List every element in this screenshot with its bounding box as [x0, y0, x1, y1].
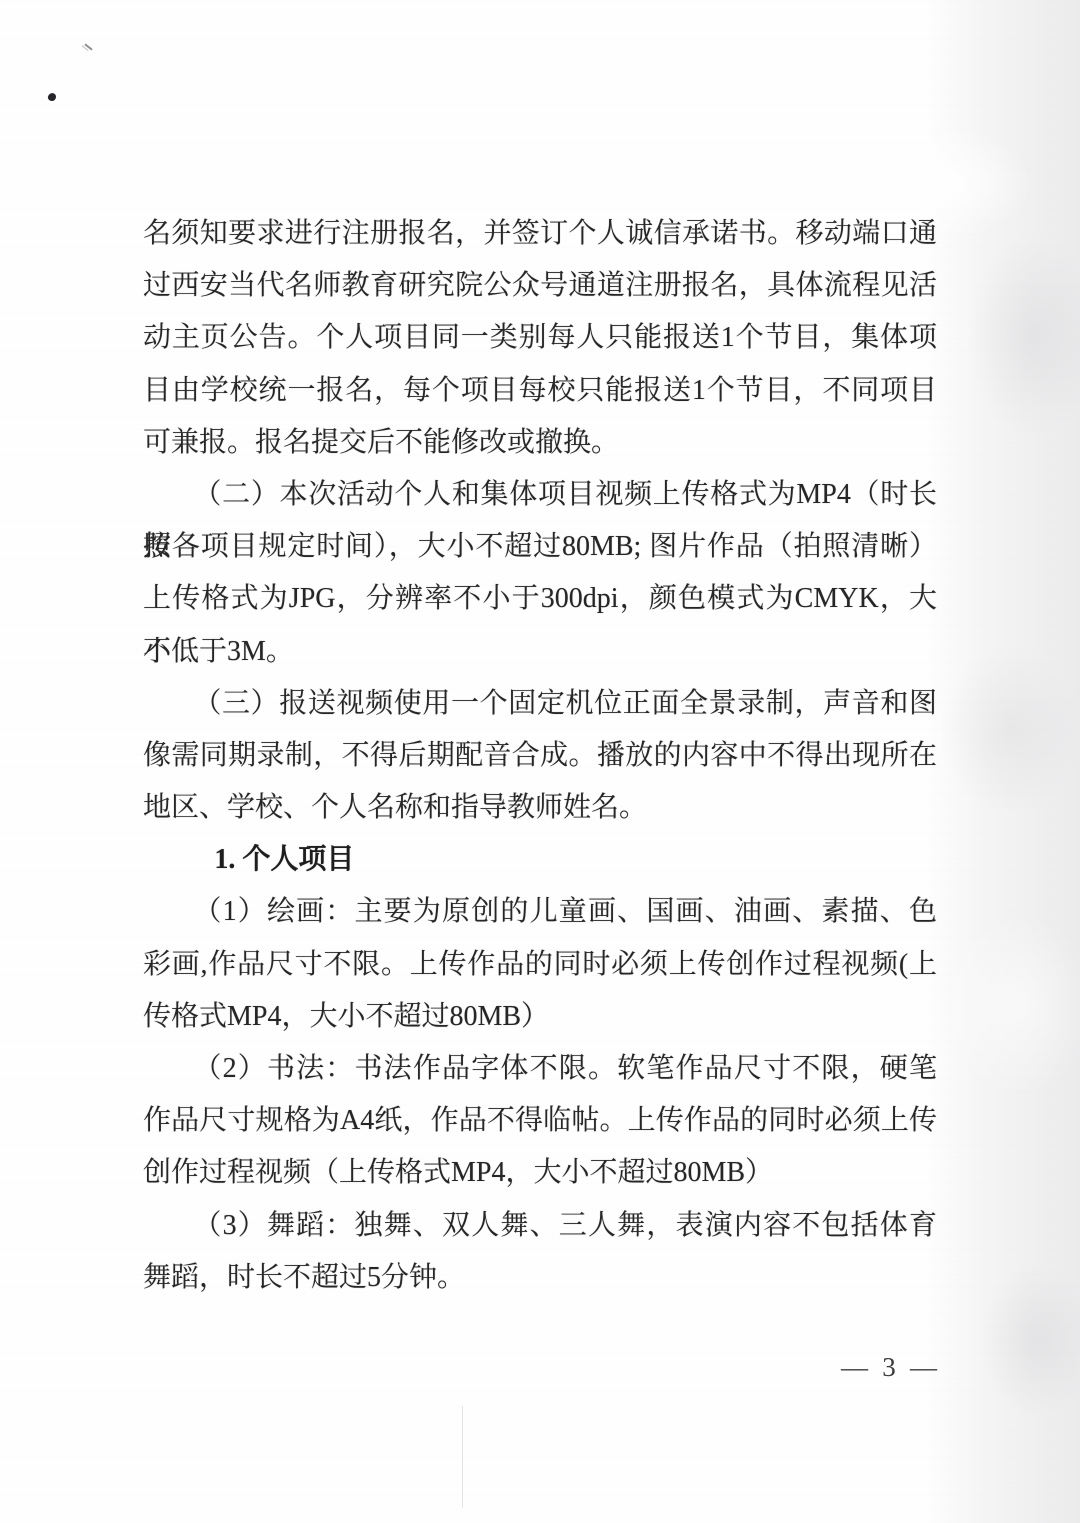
paragraph-painting: （1）绘画：主要为原创的儿童画、国画、油画、素描、色 彩画,作品尺寸不限。上传作… [143, 886, 937, 1043]
paragraph-upload-format: （二）本次活动个人和集体项目视频上传格式为MP4（时长按 照各项目规定时间），大… [143, 469, 937, 678]
text-line: （3）舞蹈：独舞、双人舞、三人舞，表演内容不包括体育 [143, 1200, 937, 1252]
paragraph-registration: 名须知要求进行注册报名，并签订个人诚信承诺书。移动端口通 过西安当代名师教育研究… [143, 208, 937, 469]
text-line: 创作过程视频（上传格式MP4，大小不超过80MB） [143, 1147, 937, 1199]
text-line: 舞蹈，时长不超过5分钟。 [143, 1252, 937, 1304]
text-line: 目由学校统一报名，每个项目每校只能报送1个节目，不同项目 [143, 365, 937, 417]
text-line: 照各项目规定时间），大小不超过80MB; 图片作品（拍照清晰） [143, 521, 937, 573]
text-line: （2）书法：书法作品字体不限。软笔作品尺寸不限，硬笔 [143, 1043, 937, 1095]
text-line: （1）绘画：主要为原创的儿童画、国画、油画、素描、色 [143, 886, 937, 938]
paragraph-dance: （3）舞蹈：独舞、双人舞、三人舞，表演内容不包括体育 舞蹈，时长不超过5分钟。 [143, 1200, 937, 1304]
text-line: 作品尺寸规格为A4纸，作品不得临帖。上传作品的同时必须上传 [143, 1095, 937, 1147]
scan-edge-shadow [925, 0, 1080, 1523]
text-line: 像需同期录制，不得后期配音合成。播放的内容中不得出现所在 [143, 730, 937, 782]
paragraph-recording-rules: （三）报送视频使用一个固定机位正面全景录制，声音和图 像需同期录制，不得后期配音… [143, 678, 937, 835]
text-line: 彩画,作品尺寸不限。上传作品的同时必须上传创作过程视频(上 [143, 939, 937, 991]
document-page: 名须知要求进行注册报名，并签订个人诚信承诺书。移动端口通 过西安当代名师教育研究… [0, 0, 1080, 1523]
document-body: 名须知要求进行注册报名，并签订个人诚信承诺书。移动端口通 过西安当代名师教育研究… [143, 208, 937, 1304]
ink-speck [47, 92, 57, 102]
text-line: 可兼报。报名提交后不能修改或撤换。 [143, 417, 937, 469]
text-line: （二）本次活动个人和集体项目视频上传格式为MP4（时长按 [143, 469, 937, 521]
text-line: 不低于3M。 [143, 626, 937, 678]
text-line: 过西安当代名师教育研究院公众号通道注册报名，具体流程见活 [143, 260, 937, 312]
paragraph-calligraphy: （2）书法：书法作品字体不限。软笔作品尺寸不限，硬笔 作品尺寸规格为A4纸，作品… [143, 1043, 937, 1200]
section-heading-individual-projects: 1. 个人项目 [143, 834, 937, 886]
text-line: 名须知要求进行注册报名，并签订个人诚信承诺书。移动端口通 [143, 208, 937, 260]
text-line: 地区、学校、个人名称和指导教师姓名。 [143, 782, 937, 834]
text-line: 传格式MP4，大小不超过80MB） [143, 991, 937, 1043]
page-number: — 3 — [841, 1352, 937, 1383]
scan-crease-line [462, 1406, 463, 1508]
text-line: （三）报送视频使用一个固定机位正面全景录制，声音和图 [143, 678, 937, 730]
text-line: 上传格式为JPG，分辨率不小于300dpi，颜色模式为CMYK，大小 [143, 573, 937, 625]
text-line: 动主页公告。个人项目同一类别每人只能报送1个节目，集体项 [143, 312, 937, 364]
ink-scratch-mark [84, 43, 92, 50]
